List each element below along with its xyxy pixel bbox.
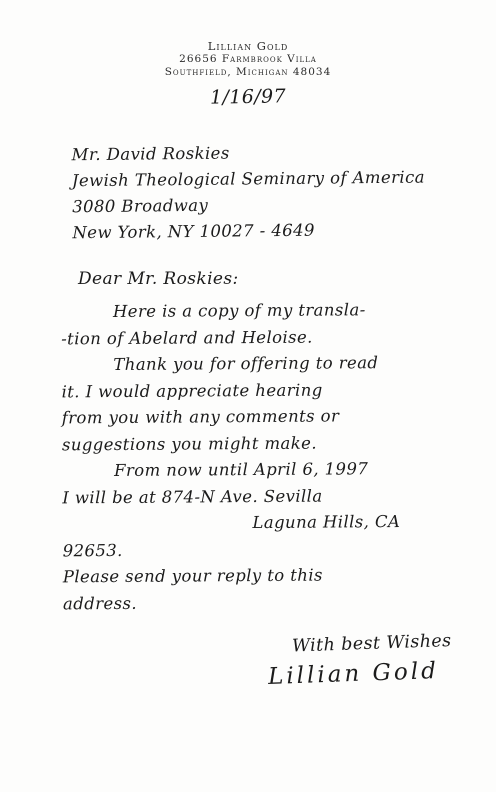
body-line: Thank you for offering to read — [61, 350, 453, 379]
letterhead: Lillian Gold 26656 Farmbrook Villa South… — [0, 0, 496, 79]
letterhead-street: 26656 Farmbrook Villa — [0, 53, 496, 66]
letter-body: Here is a copy of my transla- -tion of A… — [61, 297, 455, 618]
body-line: Here is a copy of my transla- — [61, 297, 453, 326]
handwritten-date: 1/16/97 — [0, 82, 496, 113]
body-line: -tion of Abelard and Heloise. — [61, 323, 453, 352]
letter-page: Lillian Gold 26656 Farmbrook Villa South… — [0, 0, 496, 792]
recipient-address: Mr. David Roskies Jewish Theological Sem… — [71, 138, 496, 246]
body-line: Laguna Hills, CA 92653. — [62, 509, 454, 565]
letterhead-name: Lillian Gold — [0, 40, 496, 53]
salutation: Dear Mr. Roskies: — [78, 266, 496, 292]
closing: With best Wishes — [292, 626, 496, 659]
body-line: address. — [63, 588, 455, 617]
body-line: it. I would appreciate hearing — [61, 376, 453, 405]
letterhead-city: Southfield, Michigan 48034 — [0, 66, 496, 79]
body-line: from you with any comments or — [62, 403, 454, 432]
body-line: suggestions you might make. — [62, 429, 454, 458]
body-line: I will be at 874-N Ave. Sevilla — [62, 482, 454, 511]
recipient-line: New York, NY 10027 - 4649 — [72, 216, 496, 246]
signature-text: Lillian Gold — [268, 658, 440, 690]
body-line: From now until April 6, 1997 — [62, 456, 454, 485]
signature: Lillian Gold — [268, 656, 496, 690]
body-line: Please send your reply to this — [63, 562, 455, 591]
